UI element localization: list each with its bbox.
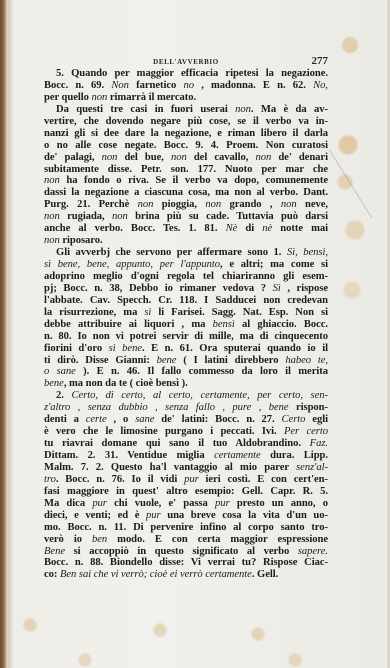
text-line: tro. Bocc. n. 76. Io il vidi pur ieri co… bbox=[44, 474, 328, 486]
text-run: modo. E con certa maggior espressione bbox=[107, 534, 328, 545]
text-run: nanzi gli si dee dare la negazione, e ri… bbox=[44, 128, 328, 139]
italic-text: sapere. bbox=[298, 546, 328, 557]
text-run: del cavallo, bbox=[187, 152, 256, 163]
text-line: dieci, e venti; ed è pur una breve cosa … bbox=[44, 510, 328, 522]
italic-text: Ben sai che vi verrò; cioè ei verrò cert… bbox=[60, 569, 252, 580]
text-line: Purg. 21. Perchè non pioggia, non grando… bbox=[44, 199, 328, 211]
italic-text: Bene bbox=[44, 546, 65, 557]
text-run: , o bbox=[107, 414, 136, 425]
text-run: Ma dica bbox=[44, 498, 92, 509]
italic-text: non bbox=[235, 104, 251, 115]
text-line: Dittam. 2. 31. Ventidue miglia certament… bbox=[44, 450, 328, 462]
book-binding bbox=[0, 0, 8, 668]
text-run: Malm. 7. 2. Questo ha'l vantaggio al mio… bbox=[44, 462, 296, 473]
text-line: fasi maggiore in quest' altro esempio: G… bbox=[44, 486, 328, 498]
text-run: Bocc. n. 88. Biondello disse: Vi verrai … bbox=[44, 557, 328, 568]
italic-text: non bbox=[112, 211, 128, 222]
italic-text: ben bbox=[92, 534, 107, 545]
text-line: l'abbate. Cav. Specch. Cr. 118. I Sadduc… bbox=[44, 295, 328, 307]
text-run: , rispose bbox=[281, 283, 328, 294]
text-run: . E n. 61. Ora sputerai quando io il bbox=[142, 343, 328, 354]
italic-text: non bbox=[171, 152, 187, 163]
italic-text: pur bbox=[146, 510, 161, 521]
italic-text: z'altro , senza dubbio , senza fallo , p… bbox=[44, 402, 289, 413]
text-run: 5. Quando per maggior efficacia ripetesi… bbox=[56, 68, 328, 79]
text-line: non riposaro. bbox=[44, 235, 328, 247]
italic-text: Nè bbox=[226, 223, 238, 234]
italic-text: certe bbox=[86, 414, 107, 425]
text-run: vertire, che dovendo negare più cose, se… bbox=[44, 116, 328, 127]
italic-text: sì bene, bene, appunto, per l'appunto bbox=[44, 259, 220, 270]
text-line: ti dirò. Disse Gianni: bene ( I latini d… bbox=[44, 355, 328, 367]
text-run: , ma non da te ( cioè bensì ). bbox=[64, 378, 188, 389]
text-line: dassi la negazione a ciascuna cosa, ma n… bbox=[44, 187, 328, 199]
italic-text: pur bbox=[184, 474, 199, 485]
italic-text: Certo bbox=[282, 414, 306, 425]
text-run: Da questi tre casi in fuori userai bbox=[56, 104, 235, 115]
text-line: 5. Quando per maggior efficacia ripetesi… bbox=[44, 68, 328, 80]
text-run: rimarrà il mercato. bbox=[107, 92, 196, 103]
text-run: de' palagi, bbox=[44, 152, 102, 163]
text-run: neve, bbox=[297, 199, 328, 210]
text-line: Bocc. n. 88. Biondello disse: Vi verrai … bbox=[44, 557, 328, 569]
text-run: n. 80. Io non vi potrei servir di mille,… bbox=[44, 331, 328, 342]
text-line: o sane ). E n. 46. Il fallo commesso da … bbox=[44, 366, 328, 378]
text-line: anche al verbo. Bocc. Tes. 1. 81. Nè di … bbox=[44, 223, 328, 235]
text-run: 2. bbox=[56, 390, 71, 401]
text-line: mo. Bocc. n. 11. Di pervenire infino al … bbox=[44, 522, 328, 534]
text-run: rispon- bbox=[289, 402, 328, 413]
italic-text: nè bbox=[262, 223, 272, 234]
italic-text: tro bbox=[44, 474, 56, 485]
italic-text: Sì, bensì, bbox=[287, 247, 328, 258]
text-run: co: bbox=[44, 569, 60, 580]
text-run: presto un anno, o bbox=[230, 498, 328, 509]
text-run: grando , bbox=[221, 199, 281, 210]
text-line: la risurrezione, ma sì li Farisei. Sagg.… bbox=[44, 307, 328, 319]
text-run: . Ma è da av- bbox=[251, 104, 328, 115]
italic-text: non bbox=[205, 199, 221, 210]
text-line: debbe attribuire ai liquori , ma bensì a… bbox=[44, 319, 328, 331]
text-line: verò io ben modo. E con certa maggior es… bbox=[44, 534, 328, 546]
italic-text: non bbox=[281, 199, 297, 210]
text-run: brina più su cade. Tuttavia può darsi bbox=[128, 211, 328, 222]
body-text: 5. Quando per maggior efficacia ripetesi… bbox=[44, 68, 328, 581]
text-run: adoprino meglio d'ogni regola tel chiari… bbox=[44, 271, 328, 282]
text-run: Dittam. 2. 31. Ventidue miglia bbox=[44, 450, 214, 461]
text-line: Bene si accoppiò in questo significato a… bbox=[44, 546, 328, 558]
text-run: , e altri; ma come si bbox=[220, 259, 328, 270]
text-run: dura. Lipp. bbox=[261, 450, 328, 461]
text-run: si accoppiò in questo significato al ver… bbox=[65, 546, 298, 557]
page-header: DELL'AVVERBIO 277 bbox=[44, 56, 328, 68]
italic-text: habeo te, bbox=[285, 355, 328, 366]
text-run: riposaro. bbox=[60, 235, 103, 246]
italic-text: non bbox=[44, 235, 60, 246]
text-run: la risurrezione, ma bbox=[44, 307, 144, 318]
text-run: al ghiaccio. Bocc. bbox=[235, 319, 328, 330]
italic-text: non bbox=[44, 175, 60, 186]
italic-text: bensì bbox=[213, 319, 235, 330]
italic-text: non bbox=[92, 92, 108, 103]
text-line: co: Ben sai che vi verrò; cioè ei verrò … bbox=[44, 569, 328, 581]
text-line: Da questi tre casi in fuori userai non. … bbox=[44, 104, 328, 116]
text-line: Gli avverbj che servono per affermare so… bbox=[44, 247, 328, 259]
italic-text: senz'al- bbox=[296, 462, 328, 473]
text-run: chi vuole, e' passa bbox=[107, 498, 215, 509]
text-run: mo. Bocc. n. 11. Di pervenire infino al … bbox=[44, 522, 328, 533]
text-run: pj; Bocc. n. 38, Debbo io rimaner vedova… bbox=[44, 283, 273, 294]
text-line: non ha fondo o riva. Se il verbo va dopo… bbox=[44, 175, 328, 187]
text-line: subitamente disse. Petr. son. 177. Nuoto… bbox=[44, 164, 328, 176]
italic-text: non bbox=[102, 152, 118, 163]
text-run: Purg. 21. Perchè bbox=[44, 199, 138, 210]
text-run: è vero che le limosine purgano i peccati… bbox=[44, 426, 284, 437]
text-line: nanzi gli si dee dare la negazione, e ri… bbox=[44, 128, 328, 140]
text-line: fiorini d'oro sì bene. E n. 61. Ora sput… bbox=[44, 343, 328, 355]
italic-text: bene bbox=[157, 355, 177, 366]
paper-crease bbox=[329, 150, 372, 218]
text-run: di bbox=[237, 223, 262, 234]
text-line: z'altro , senza dubbio , senza fallo , p… bbox=[44, 402, 328, 414]
text-line: Bocc. n. 69. Non farnetico no , madonna.… bbox=[44, 80, 328, 92]
text-run: debbe attribuire ai liquori , ma bbox=[44, 319, 213, 330]
text-line: o no alle cose negate. Bocc. 9. 4. Proem… bbox=[44, 140, 328, 152]
text-line: n. 80. Io non vi potrei servir di mille,… bbox=[44, 331, 328, 343]
text-line: non rugiada, non brina più su cade. Tutt… bbox=[44, 211, 328, 223]
text-run: . Bocc. n. 76. Io il vidi bbox=[56, 474, 184, 485]
running-head: DELL'AVVERBIO bbox=[44, 58, 328, 66]
text-line: denti a certe , o sane de' latini: Bocc.… bbox=[44, 414, 328, 426]
italic-text: non bbox=[44, 211, 60, 222]
text-line: de' palagi, non del bue, non del cavallo… bbox=[44, 152, 328, 164]
italic-text: sane bbox=[135, 414, 154, 425]
italic-text: Per certo bbox=[284, 426, 328, 437]
text-run: Gli avverbj che servono per affermare so… bbox=[56, 247, 287, 258]
text-run: dieci, e venti; ed è bbox=[44, 510, 146, 521]
text-run: ti dirò. Disse Gianni: bbox=[44, 355, 157, 366]
text-run: denti a bbox=[44, 414, 86, 425]
text-run: del bue, bbox=[117, 152, 171, 163]
text-run: o no alle cose negate. Bocc. 9. 4. Proem… bbox=[44, 140, 328, 151]
italic-text: o sane bbox=[44, 366, 76, 377]
text-run: de' denari bbox=[271, 152, 328, 163]
text-line: tu riavrai domane qui sano il tuo Aldobr… bbox=[44, 438, 328, 450]
text-line: per quello non rimarrà il mercato. bbox=[44, 92, 328, 104]
text-run: . Gell. bbox=[252, 569, 278, 580]
text-run: ( I latini direbbero bbox=[176, 355, 285, 366]
text-line: vertire, che dovendo negare più cose, se… bbox=[44, 116, 328, 128]
text-run: subitamente disse. Petr. son. 177. Nuoto… bbox=[44, 164, 328, 175]
text-line: sì bene, bene, appunto, per l'appunto, e… bbox=[44, 259, 328, 271]
text-run: Bocc. n. 69. bbox=[44, 80, 111, 91]
text-run: rugiada, bbox=[60, 211, 112, 222]
text-run: farnetico bbox=[129, 80, 184, 91]
text-run: tu riavrai domane qui sano il tuo Aldobr… bbox=[44, 438, 310, 449]
text-line: 2. Certo, di certo, al certo, certamente… bbox=[44, 390, 328, 402]
text-run: una breve cosa la vita d'un uo- bbox=[161, 510, 328, 521]
italic-text: sì bene bbox=[109, 343, 142, 354]
text-run: ha fondo o riva. Se il verbo va dopo, co… bbox=[60, 175, 328, 186]
text-run: fasi maggiore in quest' altro esempio: G… bbox=[44, 486, 328, 497]
italic-text: pur bbox=[215, 498, 230, 509]
text-run: fiorini d'oro bbox=[44, 343, 109, 354]
text-run: per quello bbox=[44, 92, 92, 103]
italic-text: Certo, di certo, al certo, certamente, p… bbox=[71, 390, 328, 401]
text-run: l'abbate. Cav. Specch. Cr. 118. I Sadduc… bbox=[44, 295, 328, 306]
italic-text: Faz. bbox=[310, 438, 328, 449]
text-line: è vero che le limosine purgano i peccati… bbox=[44, 426, 328, 438]
text-line: bene, ma non da te ( cioè bensì ). bbox=[44, 378, 328, 390]
text-run: ieri costì. E con cert'en- bbox=[199, 474, 328, 485]
italic-text: pur bbox=[92, 498, 107, 509]
text-run: egli bbox=[305, 414, 328, 425]
text-line: pj; Bocc. n. 38, Debbo io rimaner vedova… bbox=[44, 283, 328, 295]
italic-text: non bbox=[255, 152, 271, 163]
page-number: 277 bbox=[312, 55, 329, 67]
text-line: adoprino meglio d'ogni regola tel chiari… bbox=[44, 271, 328, 283]
gutter-shadow bbox=[8, 0, 14, 668]
italic-text: non bbox=[138, 199, 154, 210]
text-line: Ma dica pur chi vuole, e' passa pur pres… bbox=[44, 498, 328, 510]
text-run: ). E n. 46. Il fallo commesso da loro il… bbox=[76, 366, 328, 377]
text-run: verò io bbox=[44, 534, 92, 545]
text-line: Malm. 7. 2. Questo ha'l vantaggio al mio… bbox=[44, 462, 328, 474]
text-run: pioggia, bbox=[153, 199, 205, 210]
italic-text: Sì bbox=[273, 283, 281, 294]
italic-text: no bbox=[183, 80, 194, 91]
book-page: DELL'AVVERBIO 277 5. Quando per maggior … bbox=[0, 0, 390, 668]
italic-text: Non bbox=[111, 80, 129, 91]
italic-text: No, bbox=[313, 80, 328, 91]
text-run: li Farisei. Sagg. Nat. Esp. Non si bbox=[151, 307, 328, 318]
text-run: notte mai bbox=[272, 223, 328, 234]
text-run: anche al verbo. Bocc. Tes. 1. 81. bbox=[44, 223, 226, 234]
text-run: , madonna. E n. 62. bbox=[194, 80, 313, 91]
text-run: dassi la negazione a ciascuna cosa, ma n… bbox=[44, 187, 328, 198]
italic-text: bene bbox=[44, 378, 64, 389]
italic-text: certamente bbox=[214, 450, 261, 461]
text-run: de' latini: Bocc. n. 27. bbox=[154, 414, 281, 425]
